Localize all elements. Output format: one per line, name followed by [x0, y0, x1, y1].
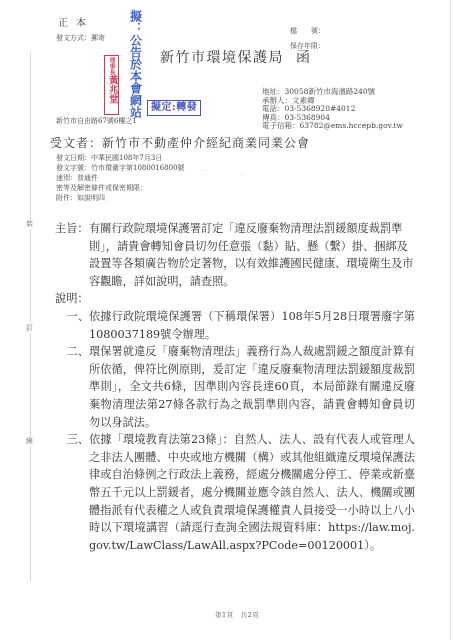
- seal-name: 黃兆堂: [106, 75, 117, 104]
- explanation-item: 一、 依據行政院環境保護署（下稱環保署）108年5月28日環署廢字第108003…: [55, 308, 415, 343]
- page-number: 第1頁 共2頁: [215, 610, 259, 619]
- attachment: 附件：如說明四: [56, 193, 185, 203]
- recipient-address: 新竹市自由路67號6樓之1: [56, 116, 137, 126]
- announcement-stamp: 擬：公告於本會網站: [127, 10, 143, 121]
- announcement-stamp-text: 擬：公告於本會網站: [129, 10, 142, 118]
- copy-type: 正本: [58, 14, 94, 29]
- secrecy-level: 密等及解密條件或保密期限：: [56, 183, 185, 193]
- explanation-item: 三、 依據「環境教育法第23條」：自然人、法人、設有代表人或管理人之非法人團體、…: [55, 431, 415, 554]
- document-body: 主旨： 有關行政院環境保護署訂定「違反廢棄物清理法罰鍰額度裁罰準則」，請貴會轉知…: [55, 220, 415, 554]
- decision-stamp: 擬定:轉發: [147, 100, 201, 116]
- binding-mark-xian: 線: [26, 437, 33, 446]
- seal-title: 理事長: [108, 57, 115, 75]
- item-number: 一、: [55, 308, 89, 343]
- binding-mark-ding: 訂: [26, 324, 33, 333]
- issuer-name: 新竹市環境保護局: [160, 50, 284, 66]
- subject: 主旨： 有關行政院環境保護署訂定「違反廢棄物清理法罰鍰額度裁罰準則」，請貴會轉知…: [55, 220, 415, 290]
- delivery-speed: 速別：普通件: [56, 173, 185, 183]
- chairman-seal-stamp: 理事長 黃兆堂: [104, 55, 119, 115]
- issue-date: 發文日期：中華民國108年7月3日: [56, 153, 185, 163]
- page-edge: [450, 0, 451, 640]
- ink-speckle: · ·: [200, 168, 205, 174]
- contact-email: 電子信箱：63782@ems.hccepb.gov.tw: [262, 122, 403, 131]
- item-text: 依據行政院環境保護署（下稱環保署）108年5月28日環署廢字第108003718…: [89, 308, 415, 343]
- document-title: 新竹市環境保護局函: [160, 47, 312, 67]
- subject-text: 有關行政院環境保護署訂定「違反廢棄物清理法罰鍰額度裁罰準則」，請貴會轉知會員切勿…: [89, 220, 415, 290]
- ink-speckle: ·: [240, 172, 242, 178]
- send-method: 發文方式：郵寄: [56, 33, 105, 43]
- item-text: 環保署就違反「廢棄物清理法」義務行為人裁處罰鍰之額度計算有所依循，俾符比例原則，…: [89, 343, 415, 431]
- archive-number-label: 檔 號：: [290, 26, 325, 36]
- binding-line: [30, 52, 31, 582]
- explanation-item: 二、 環保署就違反「廢棄物清理法」義務行為人裁處罰鍰之額度計算有所依循，俾符比例…: [55, 343, 415, 431]
- subject-label: 主旨：: [55, 220, 89, 290]
- recipient: 受文者：新竹市不動產仲介經紀商業同業公會: [50, 134, 310, 151]
- binding-mark-zhuang: 裝: [26, 220, 33, 229]
- document-meta: 發文日期：中華民國108年7月3日 發文字號：竹市環衛字第1080016800號…: [56, 153, 185, 203]
- document-number: 發文字號：竹市環衛字第1080016800號: [56, 163, 185, 173]
- contact-block: 地址：30058新竹市海濱路240號 承辦人：文素卿 電話：03-5368920…: [262, 88, 403, 131]
- document-kind: 函: [296, 50, 312, 66]
- document-page: 裝 訂 線 正本 發文方式：郵寄 檔 號： 保存年限： 新竹市環境保護局函 地址…: [0, 0, 453, 640]
- item-text: 依據「環境教育法第23條」：自然人、法人、設有代表人或管理人之非法人團體、中央或…: [89, 431, 415, 554]
- item-number: 二、: [55, 343, 89, 431]
- explanation-label: 說明：: [55, 290, 415, 308]
- item-number: 三、: [55, 431, 89, 554]
